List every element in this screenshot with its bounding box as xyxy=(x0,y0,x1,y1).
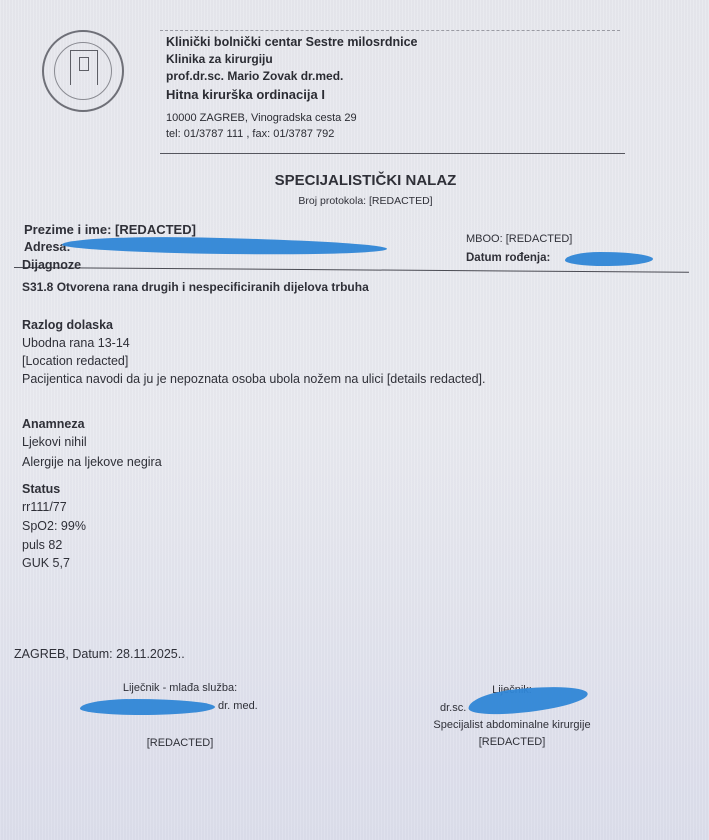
department-name: Hitna kirurška ordinacija I xyxy=(166,86,325,103)
status-line: puls 82 xyxy=(22,538,62,552)
reason-line: Ubodna rana 13-14 xyxy=(22,336,130,350)
right-signer-title: Specijalist abdominalne kirurgije xyxy=(412,719,612,731)
institution-name: Klinički bolnički centar Sestre milosrdn… xyxy=(166,34,417,51)
patient-section-rule xyxy=(14,267,689,273)
reason-line: Pacijentica navodi da ju je nepoznata os… xyxy=(22,372,692,386)
institution-contact: tel: 01/3787 111 , fax: 01/3787 792 xyxy=(166,126,334,143)
diagnoses-heading: Dijagnoze xyxy=(22,258,81,272)
protocol-number: Broj protokola: [REDACTED] xyxy=(0,195,709,207)
patient-dob-label: Datum rođenja: xyxy=(466,252,550,264)
reason-line: [Location redacted] xyxy=(22,354,128,368)
header-rule-bottom xyxy=(160,153,625,154)
right-signer-id: [REDACTED] xyxy=(412,736,612,748)
header-rule-top xyxy=(160,30,620,31)
institution-address: 10000 ZAGREB, Vinogradska cesta 29 xyxy=(166,110,357,127)
patient-name: Prezime i ime: [REDACTED] xyxy=(24,222,196,237)
left-signer-label: Liječnik - mlađa služba: xyxy=(80,682,280,694)
reason-heading: Razlog dolaska xyxy=(22,318,113,332)
document-title: SPECIJALISTIČKI NALAZ xyxy=(0,172,709,189)
status-line: GUK 5,7 xyxy=(22,556,70,570)
dob-redaction xyxy=(565,252,653,266)
anamnesis-heading: Anamneza xyxy=(22,417,85,431)
status-line: SpO2: 99% xyxy=(22,519,86,533)
anamnesis-line: Ljekovi nihil xyxy=(22,435,87,449)
diagnosis-line: S31.8 Otvorena rana drugih i nespecifici… xyxy=(22,280,369,294)
hospital-seal-icon xyxy=(42,30,124,112)
left-signer-suffix: dr. med. xyxy=(218,700,258,712)
right-signer-prefix: dr.sc. xyxy=(440,702,466,714)
document-page: Klinički bolnički centar Sestre milosrdn… xyxy=(0,0,709,840)
patient-mboo: MBOO: [REDACTED] xyxy=(466,233,572,245)
clinic-name: Klinika za kirurgiju xyxy=(166,51,273,68)
status-line: rr111/77 xyxy=(22,500,67,514)
clinic-head: prof.dr.sc. Mario Zovak dr.med. xyxy=(166,68,343,85)
address-redaction xyxy=(62,235,387,257)
place-date: ZAGREB, Datum: 28.11.2025.. xyxy=(14,647,185,661)
left-signer-id: [REDACTED] xyxy=(80,737,280,749)
status-heading: Status xyxy=(22,482,60,496)
left-signer-redaction xyxy=(80,699,215,715)
anamnesis-line: Alergije na ljekove negira xyxy=(22,455,162,469)
